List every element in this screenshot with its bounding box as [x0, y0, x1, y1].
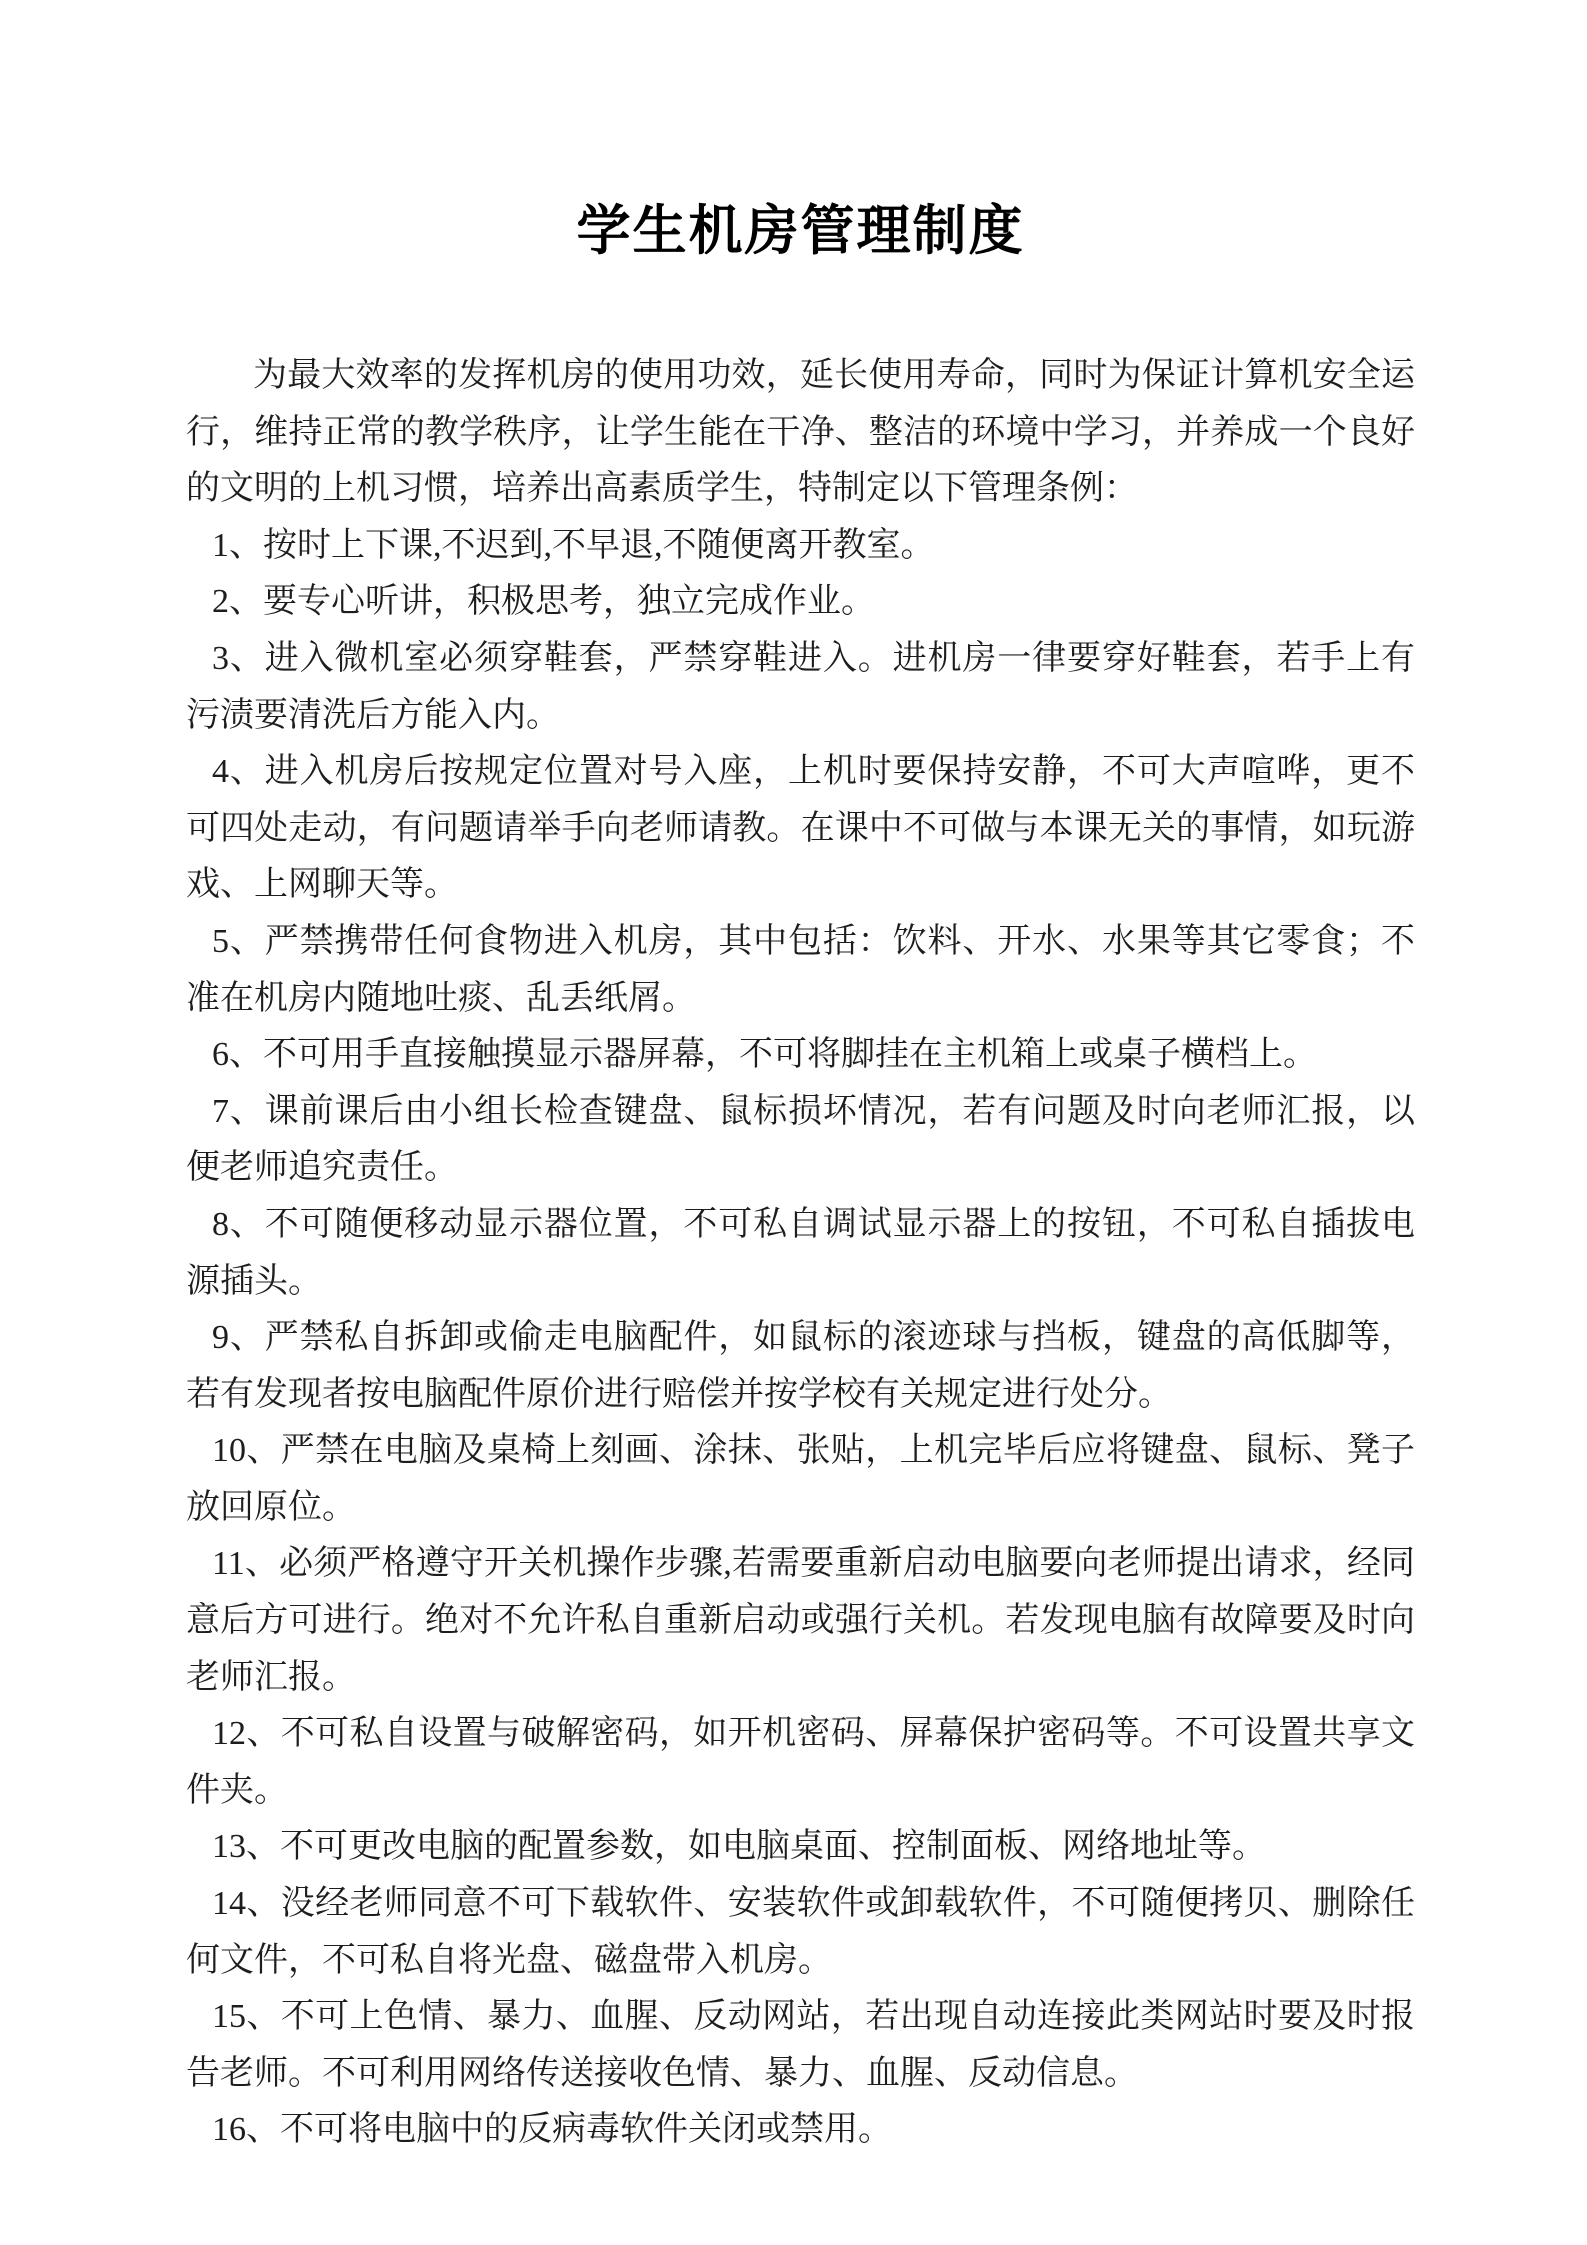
rule-item: 11、必须严格遵守开关机操作步骤,若需要重新启动电脑要向老师提出请求，经同意后方… — [186, 1536, 1415, 1706]
rule-item: 16、不可将电脑中的反病毒软件关闭或禁用。 — [186, 2102, 1415, 2159]
document-page: 学生机房管理制度 为最大效率的发挥机房的使用功效，延长使用寿命，同时为保证计算机… — [0, 0, 1587, 2245]
rule-item: 9、严禁私自拆卸或偷走电脑配件，如鼠标的滚迹球与挡板，键盘的高低脚等，若有发现者… — [186, 1310, 1415, 1423]
rule-item: 15、不可上色情、暴力、血腥、反动网站，若出现自动连接此类网站时要及时报告老师。… — [186, 1989, 1415, 2102]
rule-item: 7、课前课后由小组长检查键盘、鼠标损坏情况，若有问题及时向老师汇报，以便老师追究… — [186, 1084, 1415, 1197]
rule-item: 3、进入微机室必须穿鞋套，严禁穿鞋进入。进机房一律要穿好鞋套，若手上有污渍要清洗… — [186, 631, 1415, 744]
rule-item: 5、严禁携带任何食物进入机房，其中包括：饮料、开水、水果等其它零食；不准在机房内… — [186, 914, 1415, 1027]
rule-item: 6、不可用手直接触摸显示器屏幕，不可将脚挂在主机箱上或桌子横档上。 — [186, 1027, 1415, 1084]
rule-item: 12、不可私自设置与破解密码，如开机密码、屏幕保护密码等。不可设置共享文件夹。 — [186, 1706, 1415, 1819]
rule-item: 2、要专心听讲，积极思考，独立完成作业。 — [186, 574, 1415, 631]
page-title: 学生机房管理制度 — [186, 200, 1415, 262]
rule-item: 1、按时上下课,不迟到,不早退,不随便离开教室。 — [186, 518, 1415, 575]
rule-item: 13、不可更改电脑的配置参数，如电脑桌面、控制面板、网络地址等。 — [186, 1819, 1415, 1876]
rule-item: 14、没经老师同意不可下载软件、安装软件或卸载软件，不可随便拷贝、删除任何文件，… — [186, 1876, 1415, 1989]
rule-item: 8、不可随便移动显示器位置，不可私自调试显示器上的按钮，不可私自插拔电源插头。 — [186, 1197, 1415, 1310]
intro-paragraph: 为最大效率的发挥机房的使用功效，延长使用寿命，同时为保证计算机安全运行，维持正常… — [186, 348, 1415, 518]
rule-item: 4、进入机房后按规定位置对号入座，上机时要保持安静，不可大声喧哗，更不可四处走动… — [186, 744, 1415, 914]
document-body: 为最大效率的发挥机房的使用功效，延长使用寿命，同时为保证计算机安全运行，维持正常… — [186, 348, 1415, 2159]
rule-item: 10、严禁在电脑及桌椅上刻画、涂抹、张贴，上机完毕后应将键盘、鼠标、凳子放回原位… — [186, 1423, 1415, 1536]
